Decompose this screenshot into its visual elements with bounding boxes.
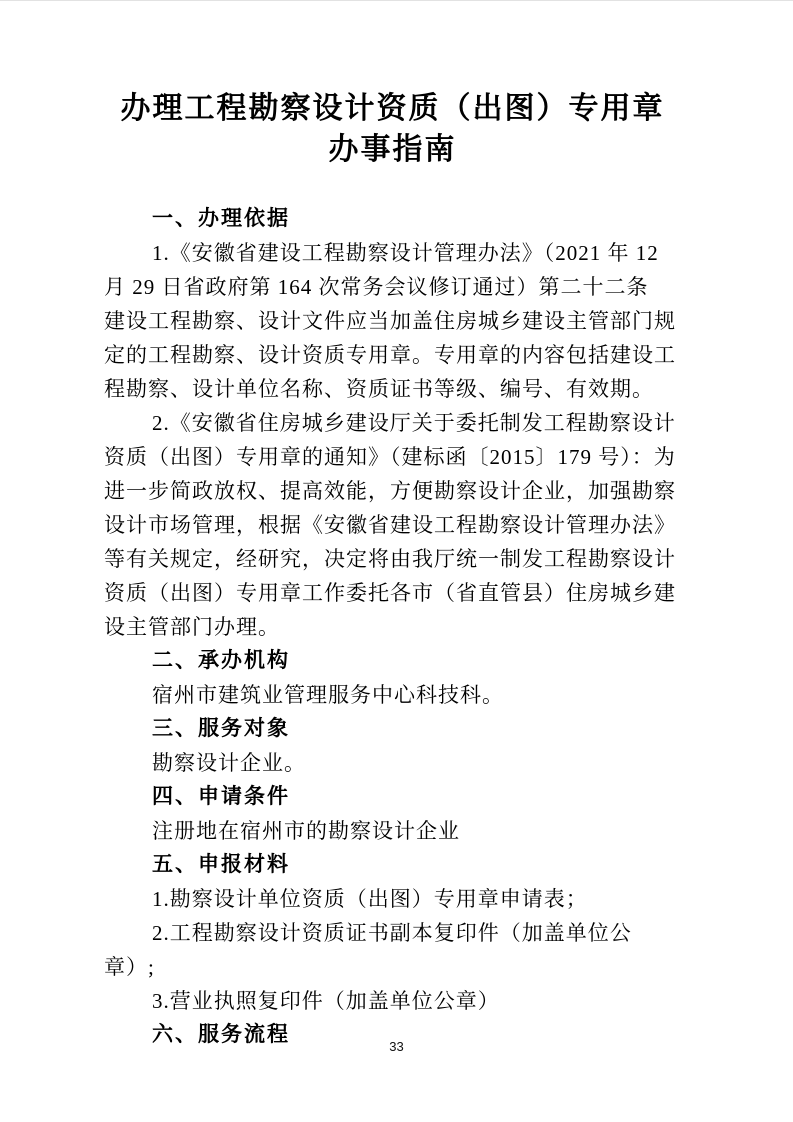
- section-heading-materials: 五、申报材料: [104, 848, 681, 882]
- body-line: 2.《安徽省住房城乡建设厅关于委托制发工程勘察设计: [104, 406, 681, 440]
- page-title-line-2: 办事指南: [104, 129, 681, 170]
- body-line: 2.工程勘察设计资质证书副本复印件（加盖单位公章）;: [104, 916, 681, 984]
- section-heading-basis: 一、办理依据: [104, 202, 681, 236]
- body-line: 月 29 日省政府第 164 次常务会议修订通过）第二十二条: [104, 270, 681, 304]
- body-line: 等有关规定，经研究，决定将由我厅统一制发工程勘察设计: [104, 542, 681, 576]
- page-number: 33: [0, 1039, 793, 1055]
- body-line: 设计市场管理，根据《安徽省建设工程勘察设计管理办法》: [104, 508, 681, 542]
- body-line: 勘察设计企业。: [104, 746, 681, 780]
- document-page: 办理工程勘察设计资质（出图）专用章 办事指南 一、办理依据 1.《安徽省建设工程…: [0, 0, 793, 1122]
- section-heading-audience: 三、服务对象: [104, 712, 681, 746]
- body-line: 进一步简政放权、提高效能，方便勘察设计企业，加强勘察: [104, 474, 681, 508]
- section-heading-conditions: 四、申请条件: [104, 780, 681, 814]
- body-line: 资质（出图）专用章工作委托各市（省直管县）住房城乡建: [104, 576, 681, 610]
- body-line: 设主管部门办理。: [104, 610, 681, 644]
- body-line: 程勘察、设计单位名称、资质证书等级、编号、有效期。: [104, 372, 681, 406]
- body-line: 注册地在宿州市的勘察设计企业: [104, 814, 681, 848]
- body-line: 定的工程勘察、设计资质专用章。专用章的内容包括建设工: [104, 338, 681, 372]
- body-line: 3.营业执照复印件（加盖单位公章）: [104, 984, 681, 1018]
- body-line: 宿州市建筑业管理服务中心科技科。: [104, 678, 681, 712]
- body-line: 1.《安徽省建设工程勘察设计管理办法》（2021 年 12: [104, 236, 681, 270]
- body-line: 建设工程勘察、设计文件应当加盖住房城乡建设主管部门规: [104, 304, 681, 338]
- page-title-line-1: 办理工程勘察设计资质（出图）专用章: [104, 88, 681, 129]
- body-line: 1.勘察设计单位资质（出图）专用章申请表；: [104, 882, 681, 916]
- page-title: 办理工程勘察设计资质（出图）专用章 办事指南: [104, 88, 681, 170]
- section-heading-agency: 二、承办机构: [104, 644, 681, 678]
- document-body: 一、办理依据 1.《安徽省建设工程勘察设计管理办法》（2021 年 12 月 2…: [104, 202, 681, 1052]
- body-line: 资质（出图）专用章的通知》（建标函〔2015〕179 号）：为: [104, 440, 681, 474]
